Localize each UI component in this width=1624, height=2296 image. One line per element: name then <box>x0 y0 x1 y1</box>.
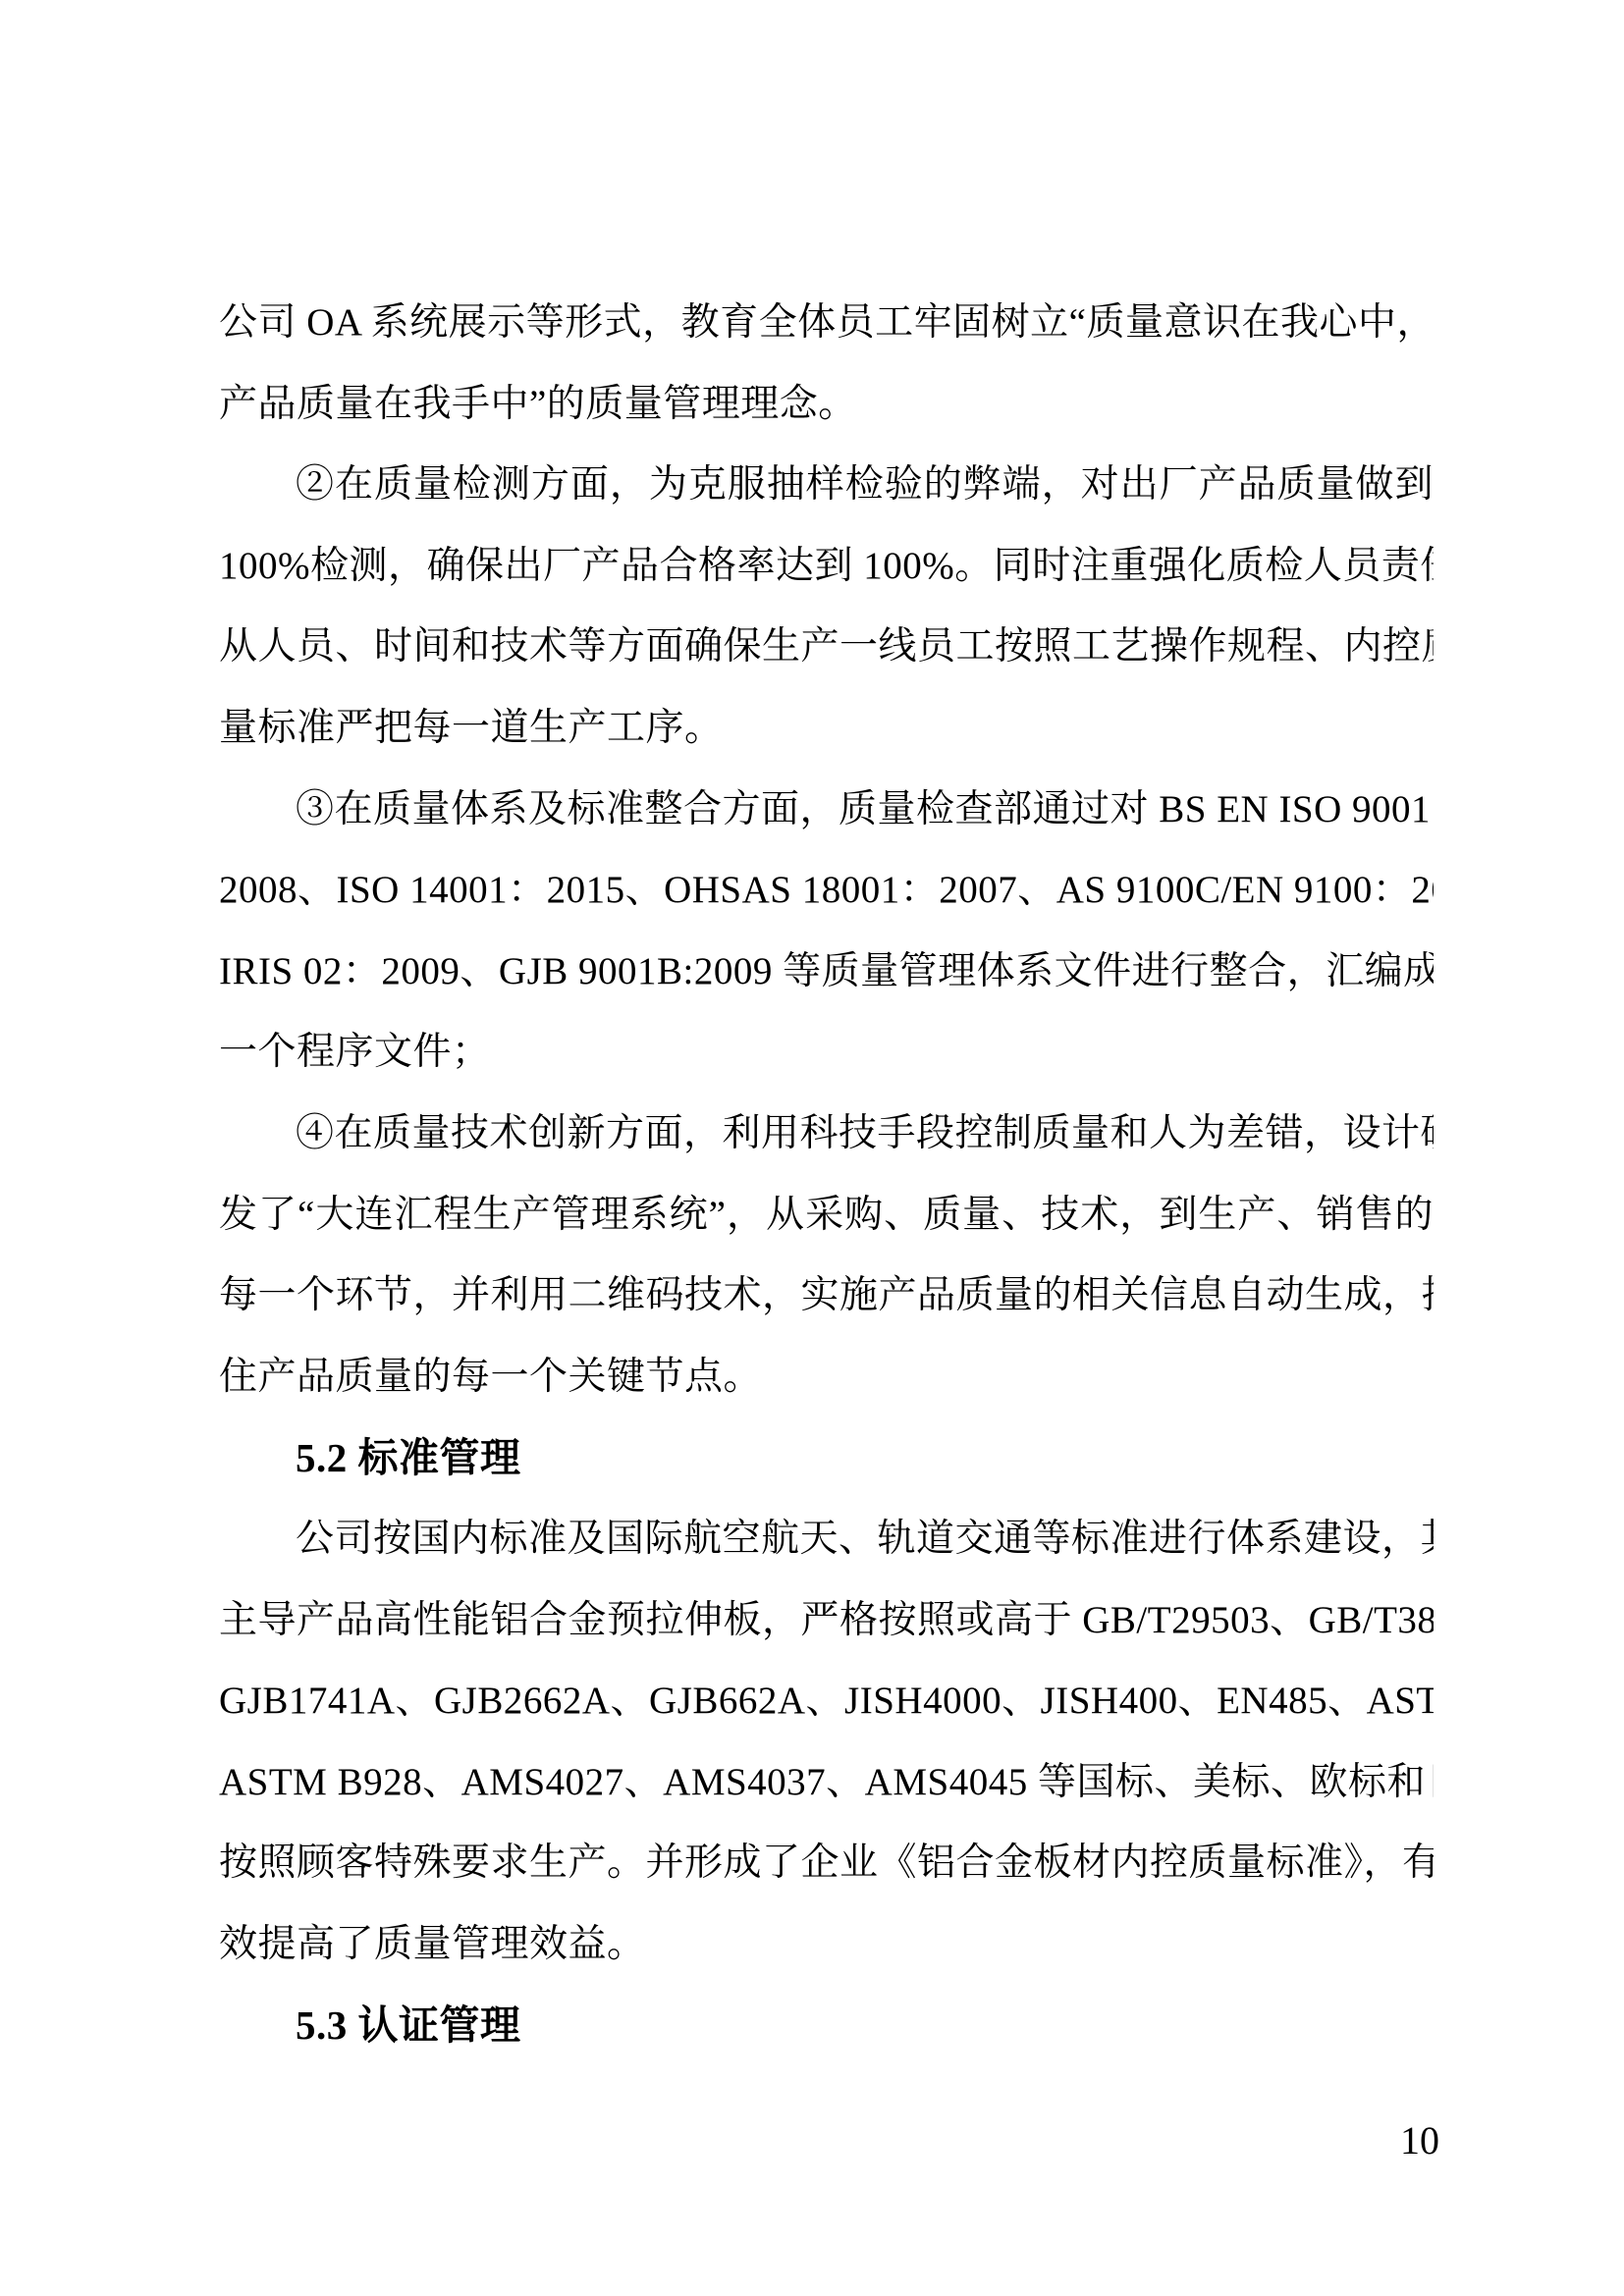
paragraph-line: 效提高了质量管理效益。 <box>219 1904 1434 1986</box>
paragraph-line: 100%检测，确保出厂产品合格率达到 100%。同时注重强化质检人员责任心， <box>219 526 1434 608</box>
document-text-block: 公司 OA 系统展示等形式，教育全体员工牢固树立“质量意识在我心中， 产品质量在… <box>219 283 1434 2066</box>
paragraph-line: 公司按国内标准及国际航空航天、轨道交通等标准进行体系建设，其 <box>219 1499 1434 1580</box>
paragraph-line: 每一个环节，并利用二维码技术，实施产品质量的相关信息自动生成，把 <box>219 1255 1434 1337</box>
paragraph-line: 住产品质量的每一个关键节点。 <box>219 1337 1434 1418</box>
paragraph-line: 量标准严把每一道生产工序。 <box>219 688 1434 770</box>
paragraph-line: 主导产品高性能铝合金预拉伸板，严格按照或高于 GB/T29503、GB/T388… <box>219 1580 1434 1662</box>
paragraph-line: ④在质量技术创新方面，利用科技手段控制质量和人为差错，设计研 <box>219 1094 1434 1175</box>
paragraph-line: ②在质量检测方面，为克服抽样检验的弊端，对出厂产品质量做到 <box>219 445 1434 526</box>
paragraph-line: 2008、ISO 14001：2015、OHSAS 18001：2007、AS … <box>219 850 1434 932</box>
page-number: 10 <box>1400 2116 1439 2165</box>
section-heading-5-2: 5.2 标准管理 <box>219 1417 1434 1499</box>
paragraph-line: ASTM B928、AMS4027、AMS4037、AMS4045 等国标、美标… <box>219 1742 1434 1824</box>
paragraph-line: 从人员、时间和技术等方面确保生产一线员工按照工艺操作规程、内控质 <box>219 607 1434 688</box>
paragraph-line: 公司 OA 系统展示等形式，教育全体员工牢固树立“质量意识在我心中， <box>219 283 1434 364</box>
section-heading-5-3: 5.3 认证管理 <box>219 1985 1434 2066</box>
paragraph-line: 产品质量在我手中”的质量管理理念。 <box>219 364 1434 446</box>
paragraph-line: 按照顾客特殊要求生产。并形成了企业《铝合金板材内控质量标准》，有 <box>219 1823 1434 1904</box>
paragraph-line: GJB1741A、GJB2662A、GJB662A、JISH4000、JISH4… <box>219 1661 1434 1742</box>
paragraph-line: IRIS 02：2009、GJB 9001B:2009 等质量管理体系文件进行整… <box>219 932 1434 1013</box>
document-page: 公司 OA 系统展示等形式，教育全体员工牢固树立“质量意识在我心中， 产品质量在… <box>0 0 1624 2296</box>
paragraph-line: 发了“大连汇程生产管理系统”，从采购、质量、技术，到生产、销售的 <box>219 1175 1434 1256</box>
paragraph-line: ③在质量体系及标准整合方面，质量检查部通过对 BS EN ISO 9001： <box>219 770 1434 851</box>
paragraph-line: 一个程序文件； <box>219 1012 1434 1094</box>
